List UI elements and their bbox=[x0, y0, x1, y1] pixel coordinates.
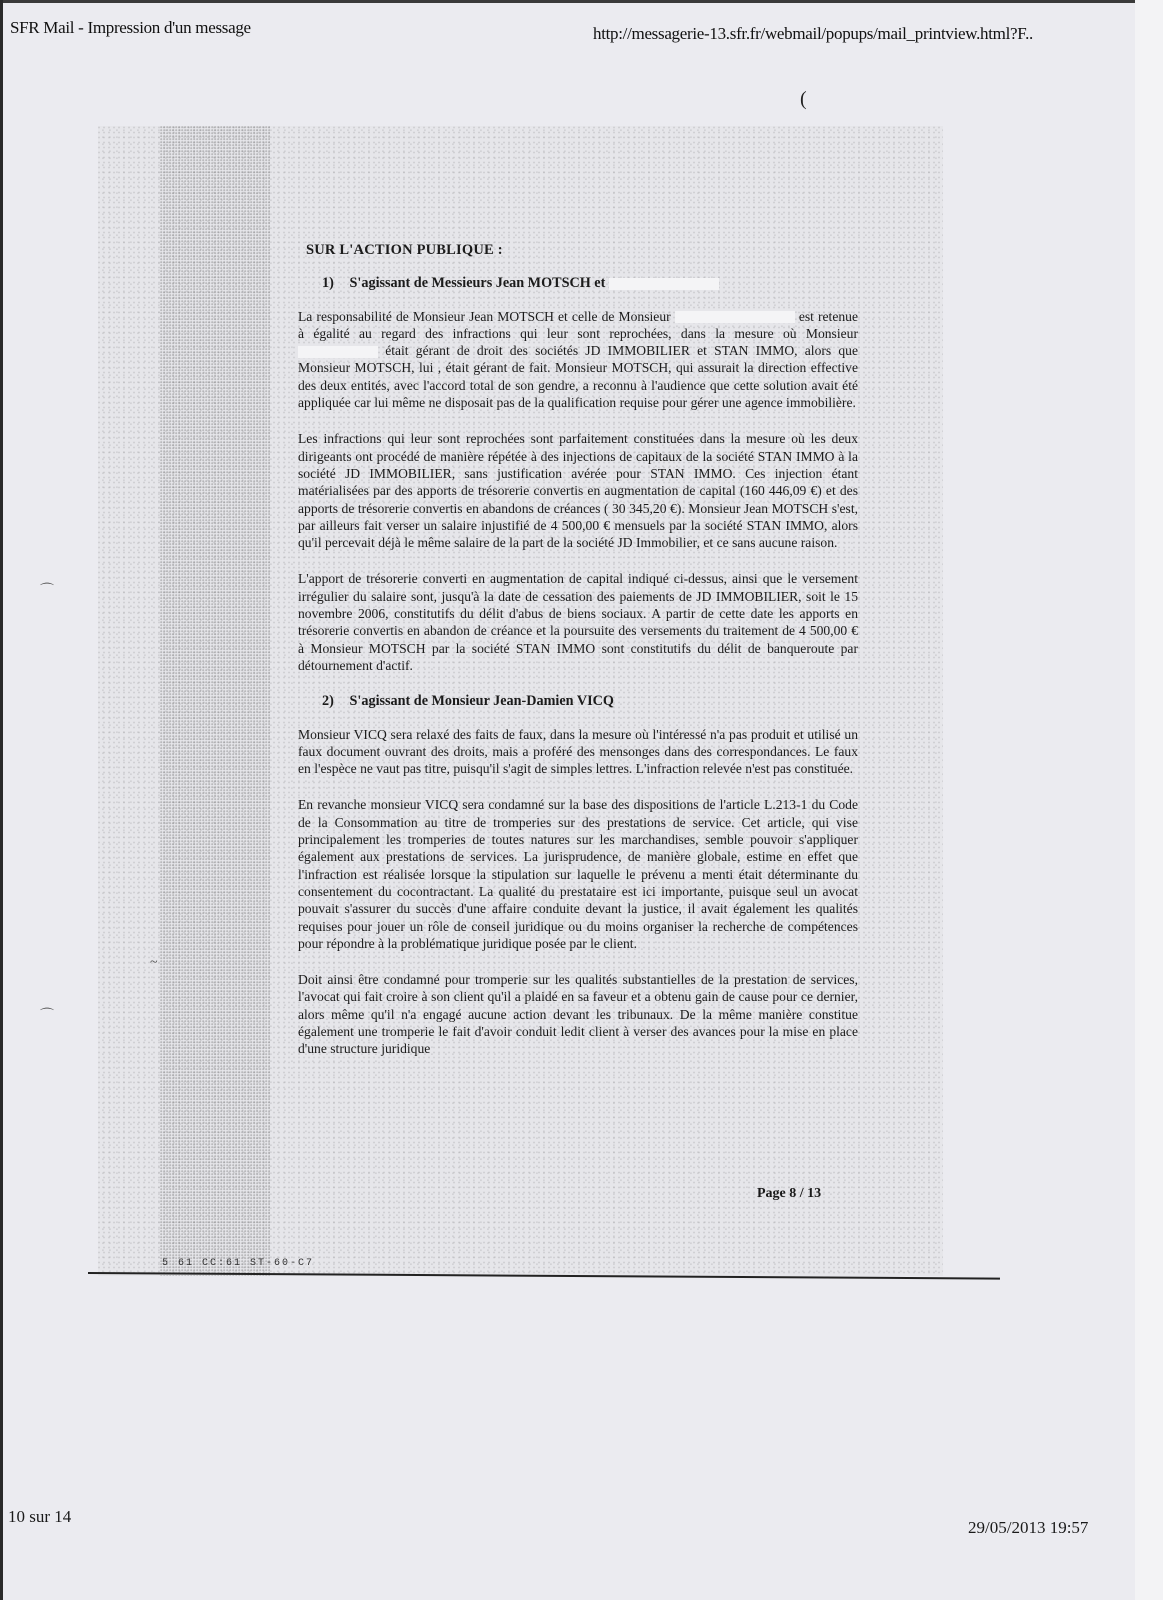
redacted-name bbox=[298, 346, 378, 358]
paragraph-text: La responsabilité de Monsieur Jean MOTSC… bbox=[298, 309, 671, 324]
margin-mark: ⌒ bbox=[40, 580, 54, 600]
subsection-title: S'agissant de Messieurs Jean MOTSCH et bbox=[350, 275, 606, 291]
scan-edge-left bbox=[0, 0, 3, 1600]
fax-header-text: 5 61 CC:61 ST-60-C7 bbox=[162, 1258, 314, 1269]
print-datetime: 29/05/2013 19:57 bbox=[968, 1518, 1088, 1538]
paragraph: Les infractions qui leur sont reprochées… bbox=[298, 430, 858, 551]
paragraph: L'apport de trésorerie converti en augme… bbox=[298, 570, 858, 674]
margin-mark: ⌒ bbox=[40, 1005, 54, 1025]
paragraph: Doit ainsi être condamné pour tromperie … bbox=[298, 971, 858, 1057]
redacted-name bbox=[675, 311, 795, 323]
print-title: SFR Mail - Impression d'un message bbox=[10, 18, 251, 38]
paragraph: Monsieur VICQ sera relaxé des faits de f… bbox=[298, 726, 858, 778]
print-header: SFR Mail - Impression d'un message http:… bbox=[10, 18, 1133, 42]
subsection-title: S'agissant de Monsieur Jean-Damien VICQ bbox=[350, 693, 614, 709]
margin-mark: ~ bbox=[150, 955, 158, 971]
scan-edge-top bbox=[0, 0, 1163, 3]
print-url: http://messagerie-13.sfr.fr/webmail/popu… bbox=[593, 24, 1033, 44]
subsection-heading-2: 2) S'agissant de Monsieur Jean-Damien VI… bbox=[322, 693, 858, 710]
subsection-heading-1: 1) S'agissant de Messieurs Jean MOTSCH e… bbox=[322, 275, 858, 292]
paragraph: La responsabilité de Monsieur Jean MOTSC… bbox=[298, 308, 858, 412]
paragraph: En revanche monsieur VICQ sera condamné … bbox=[298, 796, 858, 952]
page-number: Page 8 / 13 bbox=[757, 1186, 821, 1202]
paragraph-text: était gérant de droit des sociétés JD IM… bbox=[298, 343, 858, 410]
document-body: SUR L'ACTION PUBLIQUE : 1) S'agissant de… bbox=[298, 242, 858, 1077]
subsection-number: 2) bbox=[322, 693, 346, 710]
subsection-number: 1) bbox=[322, 275, 346, 292]
section-title: SUR L'ACTION PUBLIQUE : bbox=[306, 242, 858, 259]
scan-edge-right bbox=[1135, 0, 1163, 1600]
page-counter: 10 sur 14 bbox=[8, 1507, 71, 1527]
redacted-name bbox=[609, 278, 719, 290]
pen-mark: ( bbox=[800, 88, 807, 111]
scan-noise-band bbox=[160, 126, 270, 1276]
